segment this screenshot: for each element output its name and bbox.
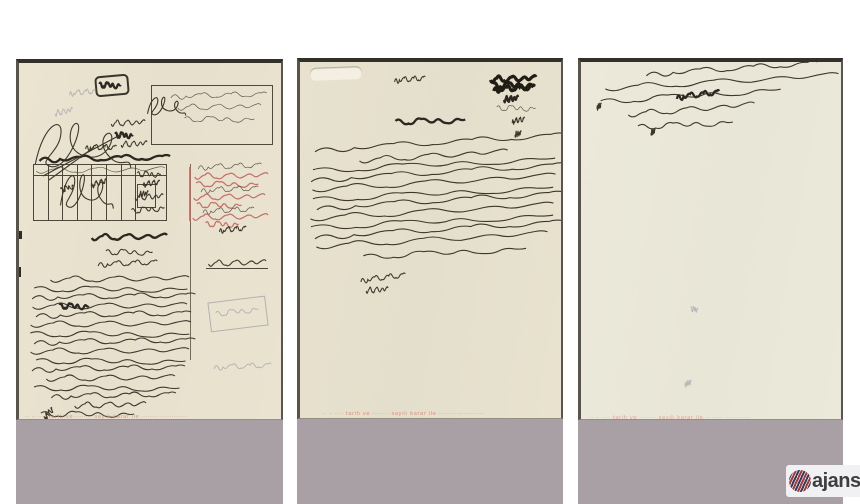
handwritten-stroke <box>97 260 155 270</box>
handwritten-stroke <box>177 103 261 113</box>
archive-documents-image: ·· ·· ···· tarih ve ········ sayılı kara… <box>0 0 860 504</box>
striped-globe-icon <box>789 470 811 492</box>
handwritten-stroke <box>512 117 524 127</box>
handwritten-stroke <box>493 85 533 95</box>
handwritten-stroke <box>69 89 95 99</box>
handwritten-stroke <box>57 167 115 215</box>
ajans65-logo: ajans 65 <box>786 465 860 497</box>
handwriting-layer <box>19 63 281 419</box>
handwritten-stroke <box>394 114 466 127</box>
handwritten-stroke <box>99 80 121 90</box>
handwritten-stroke <box>691 304 698 314</box>
handwritten-stroke <box>91 233 167 243</box>
handwritten-stroke <box>597 103 601 113</box>
handwritten-stroke <box>183 114 255 124</box>
gray-backing <box>16 420 283 504</box>
handwritten-stroke <box>214 304 259 319</box>
handwritten-stroke <box>145 93 187 119</box>
handwritten-stroke <box>143 180 159 190</box>
paper-sheet: ·· ·· ···· tarih ve ········ sayılı kara… <box>578 58 843 420</box>
paper-sheet: ·· ·· ···· tarih ve ········ sayılı kara… <box>297 58 563 419</box>
handwritten-stroke <box>627 101 755 120</box>
handwritten-stroke <box>394 76 424 86</box>
handwritten-stroke <box>685 380 691 390</box>
handwritten-stroke <box>496 103 536 113</box>
handwritten-stroke <box>130 202 165 215</box>
handwritten-stroke <box>59 301 89 311</box>
document-photo-1: ·· ·· ···· tarih ve ········ sayılı kara… <box>16 59 283 504</box>
handwritten-stroke <box>676 90 719 103</box>
handwritten-stroke <box>219 226 245 236</box>
handwritten-stroke <box>651 128 655 138</box>
handwritten-stroke <box>135 193 163 203</box>
gray-backing <box>297 419 563 504</box>
handwritten-stroke <box>366 286 388 296</box>
document-photo-3: ·· ·· ···· tarih ve ········ sayılı kara… <box>578 58 843 504</box>
paper-sheet: ·· ·· ···· tarih ve ········ sayılı kara… <box>16 59 283 420</box>
handwritten-stroke <box>105 247 153 257</box>
handwriting-layer <box>300 62 561 418</box>
handwritten-stroke <box>137 169 161 179</box>
handwritten-stroke <box>208 259 266 269</box>
document-photo-2: ·· ·· ···· tarih ve ········ sayılı kara… <box>297 58 563 504</box>
handwritten-stroke <box>213 363 269 373</box>
logo-brand-text: ajans <box>812 471 860 491</box>
declassification-note: ·· ·· ···· tarih ve ········ sayılı kara… <box>322 411 548 417</box>
handwritten-stroke <box>360 273 405 286</box>
handwriting-layer <box>581 62 841 419</box>
